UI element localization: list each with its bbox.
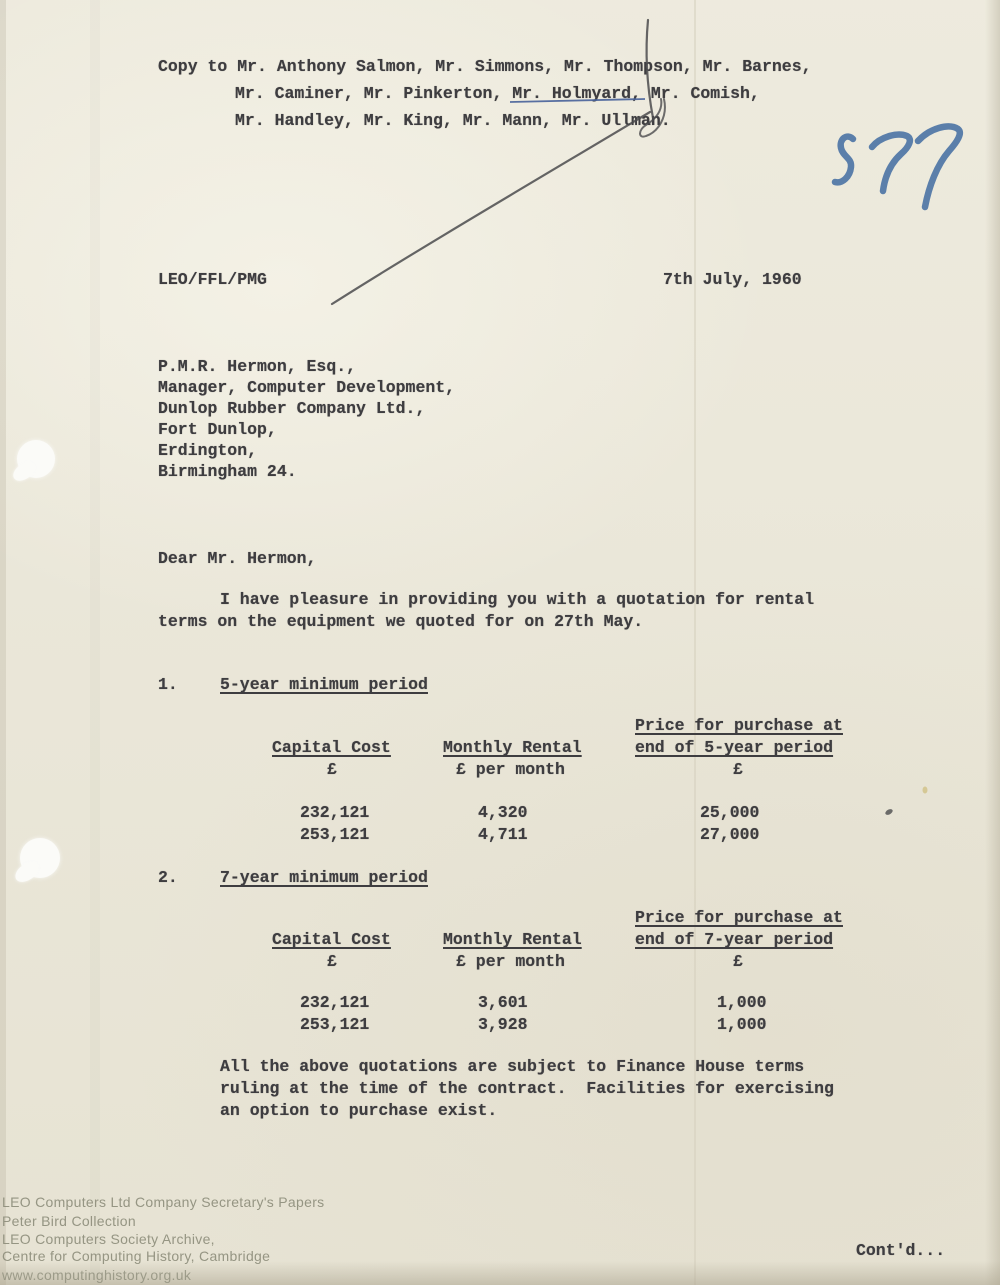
handwritten-page-number — [835, 126, 960, 207]
table1-row1-purchase-price: 25,000 — [700, 803, 759, 824]
continuation-mark: Cont'd... — [856, 1241, 945, 1262]
closing-line-3: an option to purchase exist. — [220, 1101, 497, 1122]
recipient-title: Manager, Computer Development, — [158, 378, 455, 399]
paper-speck — [923, 787, 928, 794]
table1-row2-monthly-rental: 4,711 — [478, 825, 528, 846]
intro-line-1: I have pleasure in providing you with a … — [220, 590, 814, 611]
paper-left-edge-shadow — [0, 0, 6, 1285]
recipient-name: P.M.R. Hermon, Esq., — [158, 357, 356, 378]
table2-col1-header: Capital Cost — [272, 930, 391, 951]
table1-row1-monthly-rental: 4,320 — [478, 803, 528, 824]
copy-to-line-1: Copy to Mr. Anthony Salmon, Mr. Simmons,… — [158, 57, 812, 78]
section-2-heading: 7-year minimum period — [220, 868, 428, 889]
table2-col3-header-line1: Price for purchase at — [635, 908, 843, 929]
table1-row1-capital-cost: 232,121 — [300, 803, 369, 824]
watermark-line-5: www.computinghistory.org.uk — [2, 1267, 191, 1283]
table1-col1-unit: £ — [327, 760, 337, 781]
recipient-district: Erdington, — [158, 441, 257, 462]
table2-row1-monthly-rental: 3,601 — [478, 993, 528, 1014]
watermark-line-2: Peter Bird Collection — [2, 1213, 136, 1229]
table2-col2-unit: £ per month — [456, 952, 565, 973]
handwritten-digit-5 — [835, 137, 853, 183]
reference-code: LEO/FFL/PMG — [158, 270, 267, 291]
table2-row2-capital-cost: 253,121 — [300, 1015, 369, 1036]
table1-row2-capital-cost: 253,121 — [300, 825, 369, 846]
table1-col2-unit: £ per month — [456, 760, 565, 781]
table2-row2-purchase-price: 1,000 — [717, 1015, 767, 1036]
ink-speck — [884, 808, 893, 816]
copy-to-line-3: Mr. Handley, Mr. King, Mr. Mann, Mr. Ull… — [235, 111, 671, 132]
watermark-line-1: LEO Computers Ltd Company Secretary's Pa… — [2, 1194, 324, 1210]
pen-stroke-diagonal — [332, 112, 650, 304]
paper-crease-left — [90, 0, 100, 1285]
closing-line-2: ruling at the time of the contract. Faci… — [220, 1079, 834, 1100]
recipient-address-line: Fort Dunlop, — [158, 420, 277, 441]
table2-row2-monthly-rental: 3,928 — [478, 1015, 528, 1036]
table2-col3-header-line2: end of 7-year period — [635, 930, 833, 951]
watermark-line-4: Centre for Computing History, Cambridge — [2, 1248, 270, 1264]
handwritten-digit-7b — [918, 126, 960, 207]
handwritten-digit-7a — [872, 135, 910, 191]
letter-date: 7th July, 1960 — [663, 270, 802, 291]
section-1-number: 1. — [158, 675, 178, 696]
intro-line-2: terms on the equipment we quoted for on … — [158, 612, 643, 633]
table2-col1-unit: £ — [327, 952, 337, 973]
table1-col2-header: Monthly Rental — [443, 738, 582, 759]
recipient-city: Birmingham 24. — [158, 462, 297, 483]
table2-col2-header: Monthly Rental — [443, 930, 582, 951]
table1-col3-unit: £ — [733, 760, 743, 781]
table1-col1-header: Capital Cost — [272, 738, 391, 759]
table1-col3-header-line2: end of 5-year period — [635, 738, 833, 759]
closing-line-1: All the above quotations are subject to … — [220, 1057, 804, 1078]
table2-row1-capital-cost: 232,121 — [300, 993, 369, 1014]
recipient-company: Dunlop Rubber Company Ltd., — [158, 399, 425, 420]
section-1-heading: 5-year minimum period — [220, 675, 428, 696]
salutation: Dear Mr. Hermon, — [158, 549, 316, 570]
table1-col3-header-line1: Price for purchase at — [635, 716, 843, 737]
scanned-letter-page: Copy to Mr. Anthony Salmon, Mr. Simmons,… — [0, 0, 1000, 1285]
watermark-line-3: LEO Computers Society Archive, — [2, 1231, 215, 1247]
section-2-number: 2. — [158, 868, 178, 889]
copy-to-line-2: Mr. Caminer, Mr. Pinkerton, Mr. Holmyard… — [235, 84, 760, 105]
table1-row2-purchase-price: 27,000 — [700, 825, 759, 846]
table2-row1-purchase-price: 1,000 — [717, 993, 767, 1014]
table2-col3-unit: £ — [733, 952, 743, 973]
paper-right-edge-shadow — [985, 0, 1000, 1285]
